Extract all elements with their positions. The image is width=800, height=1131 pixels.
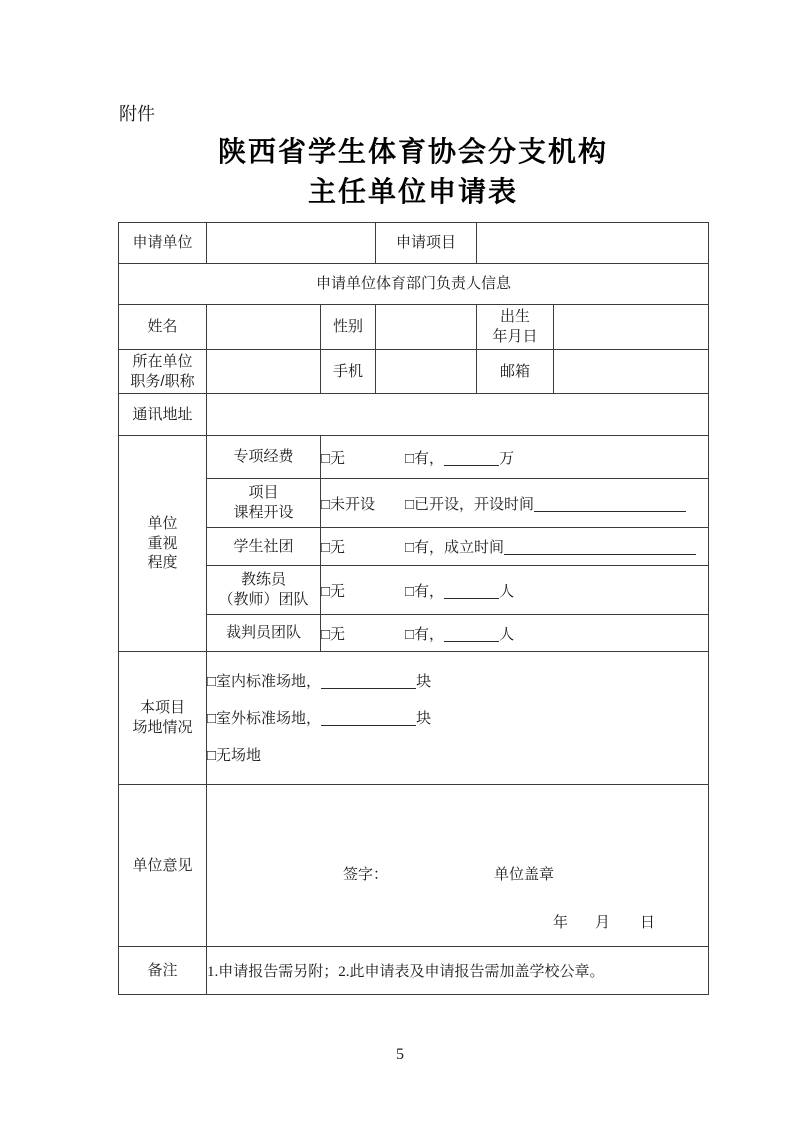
signature-label: 签字： [343, 863, 388, 884]
funding-unit-suffix: 万 [499, 451, 514, 467]
emphasis-label-line2: 重视 [119, 534, 206, 554]
venue-options-cell: □室内标准场地，块 □室外标准场地，块 □无场地 [207, 652, 709, 785]
project-value-cell [477, 223, 709, 264]
blank-line [444, 450, 499, 466]
email-value-cell [554, 350, 709, 394]
date-month-label: 月 [595, 915, 610, 931]
venue-option-none: □无场地 [207, 741, 708, 771]
name-value-cell [207, 305, 321, 350]
address-label: 通讯地址 [119, 394, 207, 436]
attachment-label: 附件 [119, 100, 155, 126]
referee-option-yes: □有， [405, 627, 444, 643]
emphasis-label-line1: 单位 [119, 514, 206, 534]
applicant-unit-value-cell [207, 223, 376, 264]
applicant-unit-label: 申请单位 [119, 223, 207, 264]
gender-value-cell [376, 305, 477, 350]
coach-count-suffix: 人 [499, 584, 514, 600]
blank-line [504, 539, 696, 555]
venue-indoor-prefix: □室内标准场地， [207, 674, 321, 690]
blank-line [534, 496, 686, 512]
project-label: 申请项目 [376, 223, 477, 264]
page-number: 5 [0, 1046, 800, 1064]
form-title: 陕西省学生体育协会分支机构 主任单位申请表 [118, 133, 708, 213]
funding-label: 专项经费 [207, 436, 321, 479]
gender-label: 性别 [321, 305, 376, 350]
blank-line [444, 583, 499, 599]
birthdate-value-cell [554, 305, 709, 350]
venue-indoor-suffix: 块 [416, 674, 431, 690]
date-year-label: 年 [553, 915, 568, 931]
form-title-line2: 主任单位申请表 [118, 173, 708, 213]
blank-line [444, 626, 499, 642]
address-value-cell [207, 394, 709, 436]
remark-text: 1.申请报告需另附；2.此申请表及申请报告需加盖学校公章。 [207, 947, 709, 995]
referee-count-suffix: 人 [499, 627, 514, 643]
venue-outdoor-prefix: □室外标准场地， [207, 711, 321, 727]
referee-options-cell: □无□有，人 [321, 615, 709, 652]
mobile-label: 手机 [321, 350, 376, 394]
name-label: 姓名 [119, 305, 207, 350]
club-option-none: □无 [321, 536, 405, 557]
unit-position-label-line1: 所在单位 [119, 352, 206, 372]
unit-position-label: 所在单位 职务/职称 [119, 350, 207, 394]
venue-label-line2: 场地情况 [119, 718, 206, 738]
venue-option-indoor: □室内标准场地，块 [207, 667, 708, 697]
unit-position-label-line2: 职务/职称 [119, 372, 206, 392]
coach-label: 教练员 （教师）团队 [207, 566, 321, 615]
opinion-label: 单位意见 [119, 785, 207, 947]
section-header: 申请单位体育部门负责人信息 [119, 264, 709, 305]
referee-option-none: □无 [321, 623, 405, 644]
birthdate-label: 出生 年月日 [477, 305, 554, 350]
club-label: 学生社团 [207, 528, 321, 566]
referee-label: 裁判员团队 [207, 615, 321, 652]
application-form-table: 申请单位 申请项目 申请单位体育部门负责人信息 姓名 性别 出生 年月日 所在单… [118, 222, 709, 995]
club-options-cell: □无□有，成立时间 [321, 528, 709, 566]
blank-line [321, 673, 416, 689]
course-options-cell: □未开设□已开设，开设时间 [321, 479, 709, 528]
funding-option-none: □无 [321, 447, 405, 468]
document-page: 附件 陕西省学生体育协会分支机构 主任单位申请表 申请单位 申请项目 申请单位体… [0, 0, 800, 1131]
venue-option-outdoor: □室外标准场地，块 [207, 704, 708, 734]
venue-outdoor-suffix: 块 [416, 711, 431, 727]
course-label: 项目 课程开设 [207, 479, 321, 528]
club-option-yes: □有，成立时间 [405, 540, 504, 556]
coach-option-yes: □有， [405, 584, 444, 600]
email-label: 邮箱 [477, 350, 554, 394]
course-option-notopened: □未开设 [321, 493, 405, 514]
blank-line [321, 710, 416, 726]
coach-options-cell: □无□有，人 [321, 566, 709, 615]
remark-label: 备注 [119, 947, 207, 995]
mobile-value-cell [376, 350, 477, 394]
emphasis-section-label: 单位 重视 程度 [119, 436, 207, 652]
course-label-line2: 课程开设 [207, 503, 320, 523]
birthdate-label-line2: 年月日 [477, 327, 553, 347]
coach-option-none: □无 [321, 580, 405, 601]
coach-label-line1: 教练员 [207, 570, 320, 590]
unit-position-value-cell [207, 350, 321, 394]
unit-seal-label: 单位盖章 [494, 863, 554, 884]
form-title-line1: 陕西省学生体育协会分支机构 [118, 133, 708, 173]
funding-option-yes: □有， [405, 451, 444, 467]
venue-section-label: 本项目 场地情况 [119, 652, 207, 785]
emphasis-label-line3: 程度 [119, 553, 206, 573]
opinion-content-cell: 签字： 单位盖章 年月日 [207, 785, 709, 947]
birthdate-label-line1: 出生 [477, 307, 553, 327]
date-line: 年月日 [553, 911, 655, 932]
date-day-label: 日 [640, 915, 655, 931]
coach-label-line2: （教师）团队 [207, 590, 320, 610]
course-option-opened: □已开设，开设时间 [405, 497, 534, 513]
venue-label-line1: 本项目 [119, 698, 206, 718]
course-label-line1: 项目 [207, 483, 320, 503]
funding-options-cell: □无□有，万 [321, 436, 709, 479]
